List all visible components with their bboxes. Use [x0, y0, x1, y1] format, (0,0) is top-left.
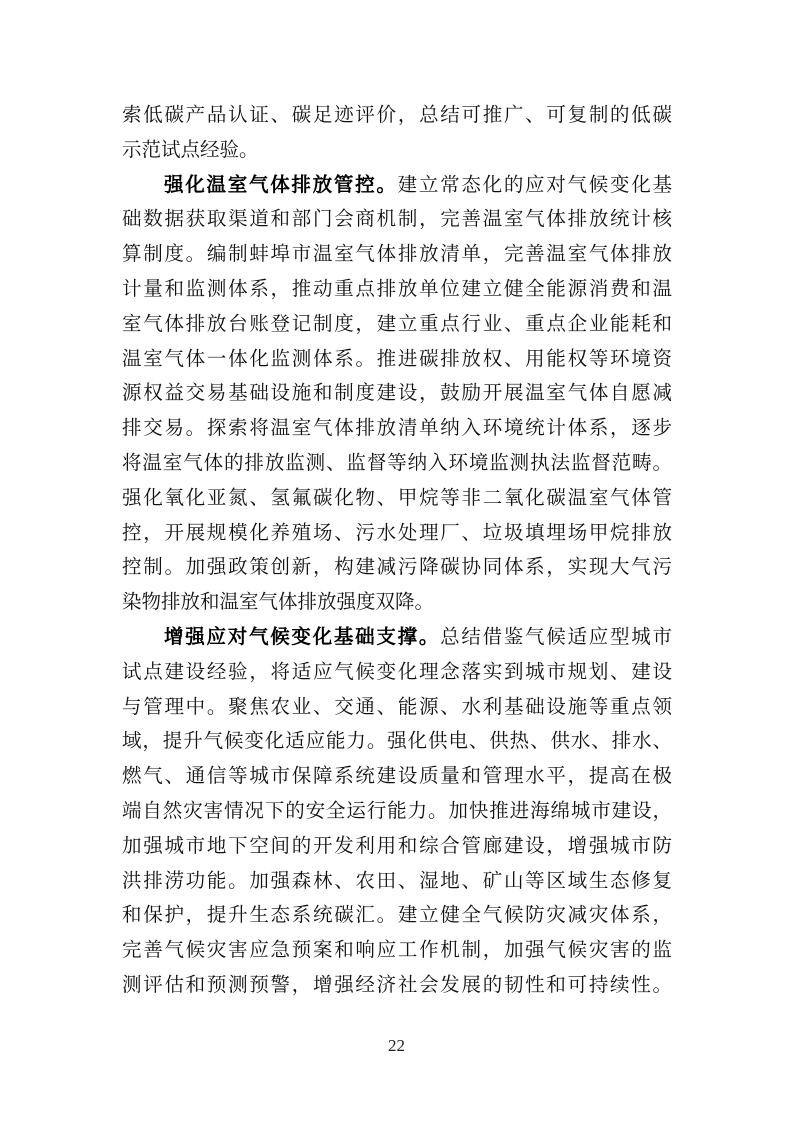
page-number: 22	[0, 1036, 793, 1056]
text-line: 燃气、通信等城市保障系统建设质量和管理水平，提高在极	[122, 759, 672, 794]
text-line: 温室气体一体化监测体系。推进碳排放权、用能权等环境资	[122, 342, 672, 377]
paragraph-continuation: 索低碳产品认证、碳足迹评价，总结可推广、可复制的低碳 示范试点经验。	[122, 98, 672, 168]
text-line: 试点建设经验，将适应气候变化理念落实到城市规划、建设	[122, 655, 672, 690]
text-line: 和保护，提升生态系统碳汇。建立健全气候防灾减灾体系，	[122, 898, 672, 933]
text-line: 础数据获取渠道和部门会商机制，完善温室气体排放统计核	[122, 202, 672, 237]
text-run: 建立常态化的应对气候变化基	[398, 173, 672, 196]
text-line: 染物排放和温室气体排放强度双降。	[122, 585, 672, 620]
paragraph-heading: 强化温室气体排放管控。	[164, 173, 398, 196]
text-line: 增强应对气候变化基础支撑。总结借鉴气候适应型城市	[122, 620, 672, 655]
text-line: 强化氧化亚氮、氢氟碳化物、甲烷等非二氧化碳温室气体管	[122, 481, 672, 516]
text-line: 洪排涝功能。加强森林、农田、湿地、矿山等区域生态修复	[122, 864, 672, 899]
text-line: 加强城市地下空间的开发利用和综合管廊建设，增强城市防	[122, 829, 672, 864]
text-line: 算制度。编制蚌埠市温室气体排放清单，完善温室气体排放	[122, 237, 672, 272]
paragraph-climate-adaptation-support: 增强应对气候变化基础支撑。总结借鉴气候适应型城市 试点建设经验，将适应气候变化理…	[122, 620, 672, 1003]
paragraph-greenhouse-gas-control: 强化温室气体排放管控。建立常态化的应对气候变化基 础数据获取渠道和部门会商机制，…	[122, 168, 672, 620]
text-line: 索低碳产品认证、碳足迹评价，总结可推广、可复制的低碳	[122, 98, 672, 133]
body-text: 索低碳产品认证、碳足迹评价，总结可推广、可复制的低碳 示范试点经验。 强化温室气…	[122, 98, 672, 1003]
text-line: 完善气候灾害应急预案和响应工作机制，加强气候灾害的监	[122, 933, 672, 968]
document-page: 索低碳产品认证、碳足迹评价，总结可推广、可复制的低碳 示范试点经验。 强化温室气…	[0, 0, 793, 1122]
text-line: 源权益交易基础设施和制度建设，鼓励开展温室气体自愿减	[122, 376, 672, 411]
text-line: 将温室气体的排放监测、监督等纳入环境监测执法监督范畴。	[122, 446, 672, 481]
text-line: 测评估和预测预警，增强经济社会发展的韧性和可持续性。	[122, 968, 672, 1003]
text-run: 总结借鉴气候适应型城市	[440, 625, 672, 648]
text-line: 控，开展规模化养殖场、污水处理厂、垃圾填埋场甲烷排放	[122, 516, 672, 551]
text-line: 域，提升气候变化适应能力。强化供电、供热、供水、排水、	[122, 724, 672, 759]
paragraph-heading: 增强应对气候变化基础支撑。	[164, 625, 440, 648]
text-line: 排交易。探索将温室气体排放清单纳入环境统计体系，逐步	[122, 411, 672, 446]
text-line: 强化温室气体排放管控。建立常态化的应对气候变化基	[122, 168, 672, 203]
text-line: 室气体排放台账登记制度，建立重点行业、重点企业能耗和	[122, 307, 672, 342]
text-line: 与管理中。聚焦农业、交通、能源、水利基础设施等重点领	[122, 690, 672, 725]
text-line: 计量和监测体系，推动重点排放单位建立健全能源消费和温	[122, 272, 672, 307]
text-line: 端自然灾害情况下的安全运行能力。加快推进海绵城市建设，	[122, 794, 672, 829]
text-line: 示范试点经验。	[122, 133, 672, 168]
text-line: 控制。加强政策创新，构建减污降碳协同体系，实现大气污	[122, 550, 672, 585]
